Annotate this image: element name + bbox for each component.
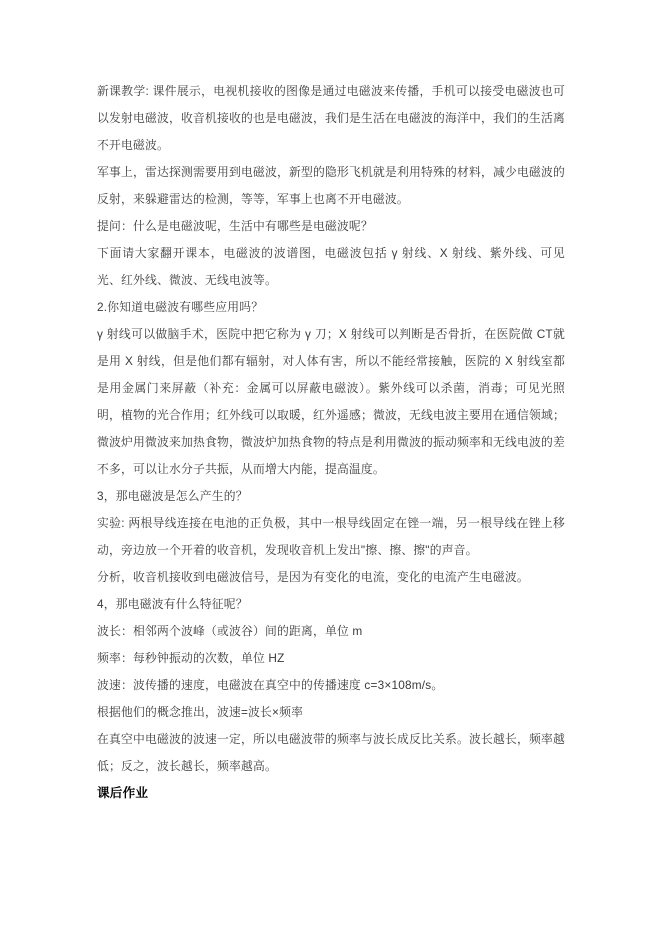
paragraph-analysis: 分析，收音机接收到电磁波信号，是因为有变化的电流，变化的电流产生电磁波。 — [97, 564, 565, 591]
paragraph-inverse-relation: 在真空中电磁波的波速一定，所以电磁波带的频率与波长成反比关系。波长越长，频率越低… — [97, 726, 565, 780]
heading-homework: 课后作业 — [97, 780, 565, 807]
paragraph-experiment: 实验: 两根导线连接在电池的正负极，其中一根导线固定在锉一端，另一根导线在锉上移… — [97, 510, 565, 564]
document-page: 新课教学: 课件展示，电视机接收的图像是通过电磁波来传播，手机可以接受电磁波也可… — [0, 0, 661, 935]
paragraph-formula: 根据他们的概念推出，波速=波长×频率 — [97, 699, 565, 726]
document-body: 新课教学: 课件展示，电视机接收的图像是通过电磁波来传播，手机可以接受电磁波也可… — [97, 78, 565, 807]
paragraph-question-4-characteristics: 4，那电磁波有什么特征呢？ — [97, 591, 565, 618]
paragraph-question-3-generation: 3，那电磁波是怎么产生的？ — [97, 483, 565, 510]
paragraph-military-applications: 军事上，雷达探测需要用到电磁波，新型的隐形飞机就是利用特殊的材料，减少电磁波的反… — [97, 159, 565, 213]
paragraph-new-lesson-intro: 新课教学: 课件展示，电视机接收的图像是通过电磁波来传播，手机可以接受电磁波也可… — [97, 78, 565, 159]
paragraph-question-2-applications: 2.你知道电磁波有哪些应用吗？ — [97, 294, 565, 321]
paragraph-applications-detail: γ 射线可以做脑手术，医院中把它称为 γ 刀；X 射线可以判断是否骨折，在医院做… — [97, 321, 565, 483]
paragraph-wavelength-definition: 波长：相邻两个波峰（或波谷）间的距离，单位 m — [97, 618, 565, 645]
paragraph-question-what-is-em-wave: 提问：什么是电磁波呢，生活中有哪些是电磁波呢？ — [97, 213, 565, 240]
paragraph-wave-speed-definition: 波速：波传播的速度，电磁波在真空中的传播速度 c=3×108m/s。 — [97, 672, 565, 699]
paragraph-textbook-spectrum: 下面请大家翻开课本，电磁波的波谱图，电磁波包括 γ 射线、X 射线、紫外线、可见… — [97, 240, 565, 294]
paragraph-frequency-definition: 频率：每秒钟振动的次数，单位 HZ — [97, 645, 565, 672]
